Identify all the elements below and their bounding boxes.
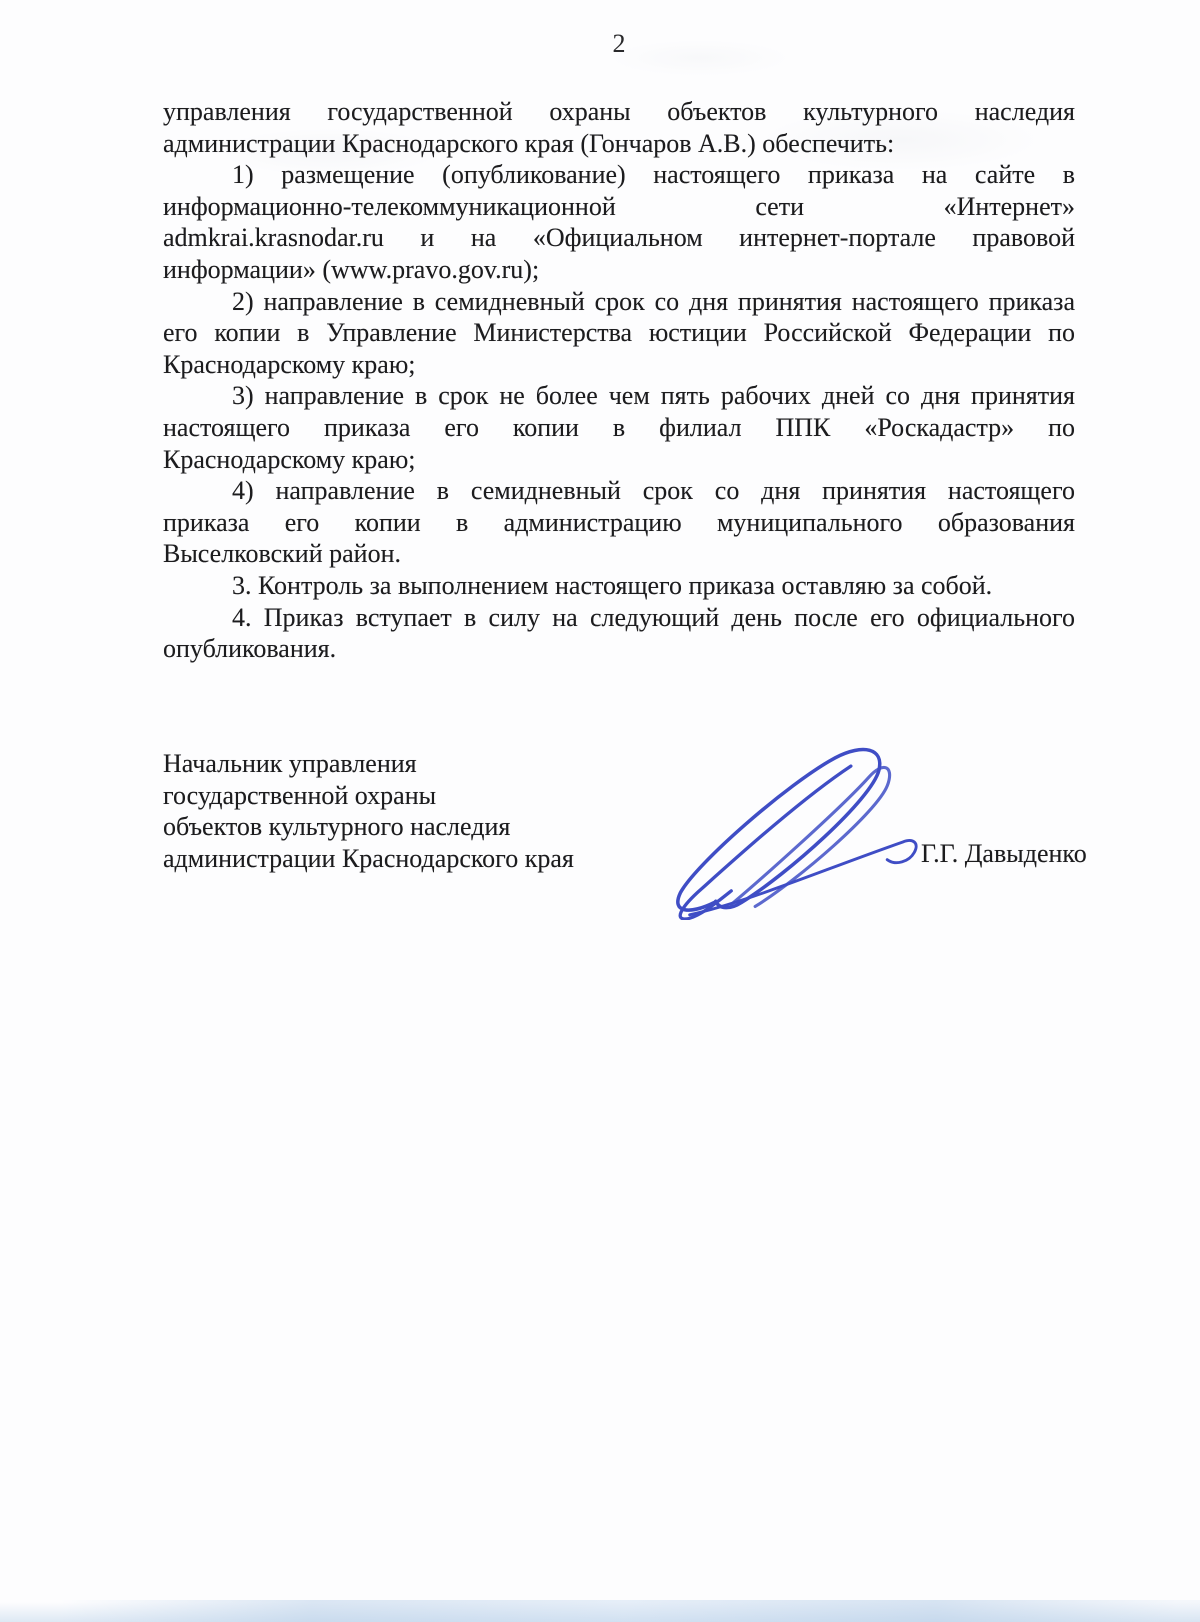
text-line: Выселковский район. [163, 538, 1075, 570]
signature-block: Начальник управления государственной охр… [163, 748, 1163, 1058]
text-line: информационно-телекоммуникационной сети … [163, 191, 1075, 223]
text-line: управления государственной охраны объект… [163, 96, 1075, 128]
paragraph-point-3: 3. Контроль за выполнением настоящего пр… [163, 570, 1075, 602]
paragraph-item-1: 1) размещение (опубликование) настоящего… [163, 159, 1075, 285]
text-line: 3. Контроль за выполнением настоящего пр… [163, 570, 1075, 602]
text-line: его копии в Управление Министерства юсти… [163, 317, 1075, 349]
text-line: 4) направление в семидневный срок со дня… [163, 475, 1075, 507]
document-page: 2 управления государственной охраны объе… [0, 0, 1200, 1622]
text-line: администрации Краснодарского края (Гонча… [163, 128, 1075, 160]
paragraph-item-4: 4) направление в семидневный срок со дня… [163, 475, 1075, 570]
text-line: 2) направление в семидневный срок со дня… [163, 286, 1075, 318]
text-line: Краснодарскому краю; [163, 349, 1075, 381]
scan-artifact-strip [0, 1600, 1200, 1622]
paragraph-item-2: 2) направление в семидневный срок со дня… [163, 286, 1075, 381]
text-line: настоящего приказа его копии в филиал ПП… [163, 412, 1075, 444]
text-line: опубликования. [163, 633, 1075, 665]
document-body: управления государственной охраны объект… [163, 96, 1075, 665]
text-line: информации» (www.pravo.gov.ru); [163, 254, 1075, 286]
page-number: 2 [163, 28, 1075, 60]
text-line: 1) размещение (опубликование) настоящего… [163, 159, 1075, 191]
text-line: Краснодарскому краю; [163, 444, 1075, 476]
signer-name: Г.Г. Давыденко [921, 838, 1087, 870]
text-line: 4. Приказ вступает в силу на следующий д… [163, 602, 1075, 634]
text-line: 3) направление в срок не более чем пять … [163, 380, 1075, 412]
text-line: admkrai.krasnodar.ru и на «Официальном и… [163, 222, 1075, 254]
paragraph-item-3: 3) направление в срок не более чем пять … [163, 380, 1075, 475]
paragraph-point-4: 4. Приказ вступает в силу на следующий д… [163, 602, 1075, 665]
signature-image [631, 738, 923, 920]
paragraph-intro: управления государственной охраны объект… [163, 96, 1075, 159]
text-line: приказа его копии в администрацию муници… [163, 507, 1075, 539]
